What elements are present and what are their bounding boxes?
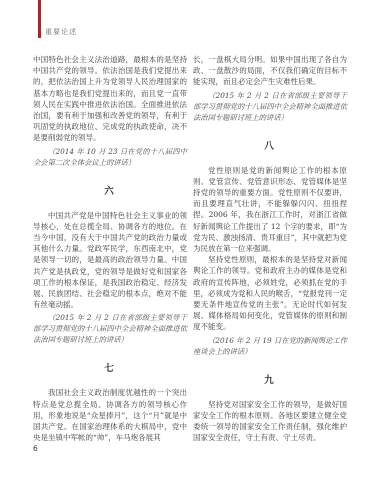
body-paragraph: 中国共产党是中国特色社会主义事业的领导核心，处在总揽全局、协调各方的地位。在当今… [33, 210, 187, 311]
header-accent-bar [38, 0, 41, 38]
body-paragraph: 我国社会主义政治制度优越性的一个突出特点是党总揽全局、协调各方的领导核心作用，形… [33, 387, 187, 443]
body-paragraph: 坚持党对国家安全工作的领导，是做好国家安全工作的根本原则。各地区要建立健全党委统… [193, 399, 347, 444]
right-text-column: 长，一盘棋大局分明。如果中国出现了各自为政、一盘散沙的局面，不仅我们确定的目标不… [193, 54, 347, 443]
body-paragraph-continuation: 中国特色社会主义法治道路，最根本的是坚持中国共产党的领导。依法治国是我们党提出来… [33, 54, 187, 144]
left-text-column: 中国特色社会主义法治道路，最根本的是坚持中国共产党的领导。依法治国是我们党提出来… [33, 54, 187, 443]
speech-citation: （2015 年 2 月 2 日在省部级主要领导干部学习贯彻党的十八届四中全会精神… [33, 312, 187, 345]
book-page: 重要论述 中国特色社会主义法治道路，最根本的是坚持中国共产党的领导。依法治国是我… [0, 0, 377, 480]
section-number-heading-7: 七 [33, 360, 187, 374]
section-number-heading-6: 六 [33, 183, 187, 197]
speech-citation: （2016 年 2 月 19 日在党的新闻舆论工作座谈会上的讲话） [193, 335, 347, 357]
speech-citation: （2015 年 2 月 2 日在省部级主要领导干部学习贯彻党的十八届四中全会精神… [193, 90, 347, 123]
body-paragraph: 坚持党性原则，最根本的是坚持党对新闻舆论工作的领导。党和政府主办的媒体是党和政府… [193, 254, 347, 332]
body-paragraph-continuation: 长，一盘棋大局分明。如果中国出现了各自为政、一盘散沙的局面，不仅我们确定的目标不… [193, 54, 347, 88]
section-number-heading-9: 九 [193, 372, 347, 386]
running-head: 重要论述 [45, 27, 77, 37]
body-paragraph: 党性原则是党的新闻舆论工作的根本原则。党管宣传、党管意识形态、党管媒体是坚持党的… [193, 165, 347, 255]
section-number-heading-8: 八 [193, 138, 347, 152]
speech-citation: （2014 年 10 月 23 日在党的十八届四中全会第二次全体会议上的讲话） [33, 146, 187, 168]
page-number: 6 [33, 444, 38, 453]
